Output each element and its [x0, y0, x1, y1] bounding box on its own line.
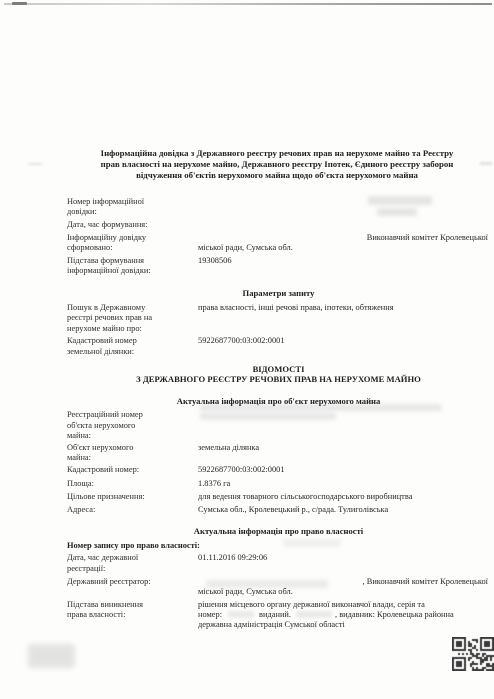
field-label: Об'єкт нерухомогомайна:: [67, 443, 198, 463]
document-title: Інформаційна довідка з Державного реєстр…: [57, 148, 494, 181]
field-label: Підстава формуванняінформаційної довідки…: [67, 256, 198, 276]
field-formed-by: Інформаційну довідкусформовано: Виконавч…: [67, 233, 490, 253]
field-label: Пошук в Державномуреєстрі речових прав н…: [67, 303, 198, 334]
qr-code: [452, 637, 494, 671]
field-label: Дата, час державноїреєстрації:: [67, 553, 198, 573]
section-heading-query: Параметри запиту: [67, 288, 490, 298]
field-value-line1: Виконавчий комітет Кролевецької: [198, 233, 488, 243]
scan-edge-dash: [12, 2, 27, 5]
field-value: для ведення товарного сільськогосподарсь…: [198, 492, 488, 502]
field-label: Дата, час формування:: [67, 220, 198, 230]
field-value: права власності, інші речові права, іпот…: [198, 303, 488, 313]
field-value: Виконавчий комітет Кролевецької міської …: [198, 233, 488, 253]
field-reg-number: Реєстраційний номероб'єкта нерухомогомай…: [67, 410, 490, 441]
field-value: 1.8376 га: [198, 479, 488, 489]
basis-issued-label: виданий.: [259, 610, 291, 619]
record-number-label: Номер запису про право власності:: [67, 541, 490, 551]
field-label: Державний реєстратор:: [67, 577, 198, 587]
field-value: 19308506: [198, 256, 488, 266]
field-label: Номер інформаційноїдовідки:: [67, 197, 198, 217]
scanned-document-page: Інформаційна довідка з Державного реєстр…: [0, 0, 494, 699]
field-purpose: Цільове призначення: для ведення товарно…: [67, 492, 490, 502]
scan-noise-left: [28, 163, 42, 165]
field-label: Цільове призначення:: [67, 492, 198, 502]
field-query-cadastral-number: Кадастровий номерземельної ділянки: 5922…: [67, 336, 490, 356]
basis-line3: державна адміністрація Сумської області: [198, 620, 488, 630]
field-label: Кадастровий номерземельної ділянки:: [67, 336, 198, 356]
field-label: Реєстраційний номероб'єкта нерухомогомай…: [67, 410, 198, 441]
field-registrar: Державний реєстратор: , Виконавчий коміт…: [67, 577, 490, 597]
field-registration-date: Дата, час державноїреєстрації: 01.11.201…: [67, 553, 490, 573]
field-value-line2: міської ради, Сумська обл.: [198, 243, 488, 253]
basis-number-label: номер:: [198, 610, 222, 619]
field-label: Площа:: [67, 479, 198, 489]
field-address: Адреса: Сумська обл., Кролевецький р., с…: [67, 505, 490, 515]
field-search-scope: Пошук в Державномуреєстрі речових прав н…: [67, 303, 490, 334]
field-value: , Виконавчий комітет Кролевецької місько…: [198, 577, 488, 597]
field-area: Площа: 1.8376 га: [67, 479, 490, 489]
basis-line2: номер:виданий., видавник: Кролевецька ра…: [198, 610, 488, 620]
field-info-number: Номер інформаційноїдовідки:: [67, 197, 490, 217]
field-ownership-basis: Підстава виникненняправа власності: ріше…: [67, 600, 490, 631]
field-value-line1: , Виконавчий комітет Кролевецької: [198, 577, 488, 587]
field-cadastral-number: Кадастровий номер: 5922687700:03:002:000…: [67, 465, 490, 475]
field-value: Сумська обл., Кролевецький р., с/рада. Т…: [198, 505, 488, 515]
field-value: 5922687700:03:002:0001: [198, 336, 488, 346]
section-heading-vidomosti: ВІДОМОСТІЗ ДЕРЖАВНОГО РЕЄСТРУ РЕЧОВИХ ПР…: [67, 364, 490, 385]
basis-issuer-label: , видавник: Кролевецька районна: [335, 610, 454, 619]
field-object-type: Об'єкт нерухомогомайна: земельна ділянка: [67, 443, 490, 463]
document-body: Номер інформаційноїдовідки: Дата, час фо…: [67, 197, 490, 630]
field-value: земельна ділянка: [198, 443, 488, 453]
scan-edge-line: [4, 3, 492, 5]
field-label: Підстава виникненняправа власності:: [67, 600, 198, 620]
section-heading-object: Актуальна інформація про об'єкт нерухомо…: [67, 396, 490, 406]
scan-smudge-bottom-left: [28, 644, 75, 668]
redaction-blur-series-number: [228, 611, 254, 618]
field-value: 01.11.2016 09:29:06: [198, 553, 488, 563]
field-value-line2: міської ради, Сумська обл.: [198, 587, 488, 597]
redaction-blur-issue-date: [296, 611, 332, 618]
field-formation-basis: Підстава формуванняінформаційної довідки…: [67, 256, 490, 276]
field-value: 5922687700:03:002:0001: [198, 465, 488, 475]
section-heading-ownership: Актуальна інформація про право власності: [67, 526, 490, 536]
field-value: рішення місцевого органу державної викон…: [198, 600, 488, 631]
basis-line1: рішення місцевого органу державної викон…: [198, 600, 488, 610]
field-label: Інформаційну довідкусформовано:: [67, 233, 198, 253]
field-formation-datetime: Дата, час формування:: [67, 220, 490, 230]
field-label: Адреса:: [67, 505, 198, 515]
field-label: Кадастровий номер:: [67, 465, 198, 475]
